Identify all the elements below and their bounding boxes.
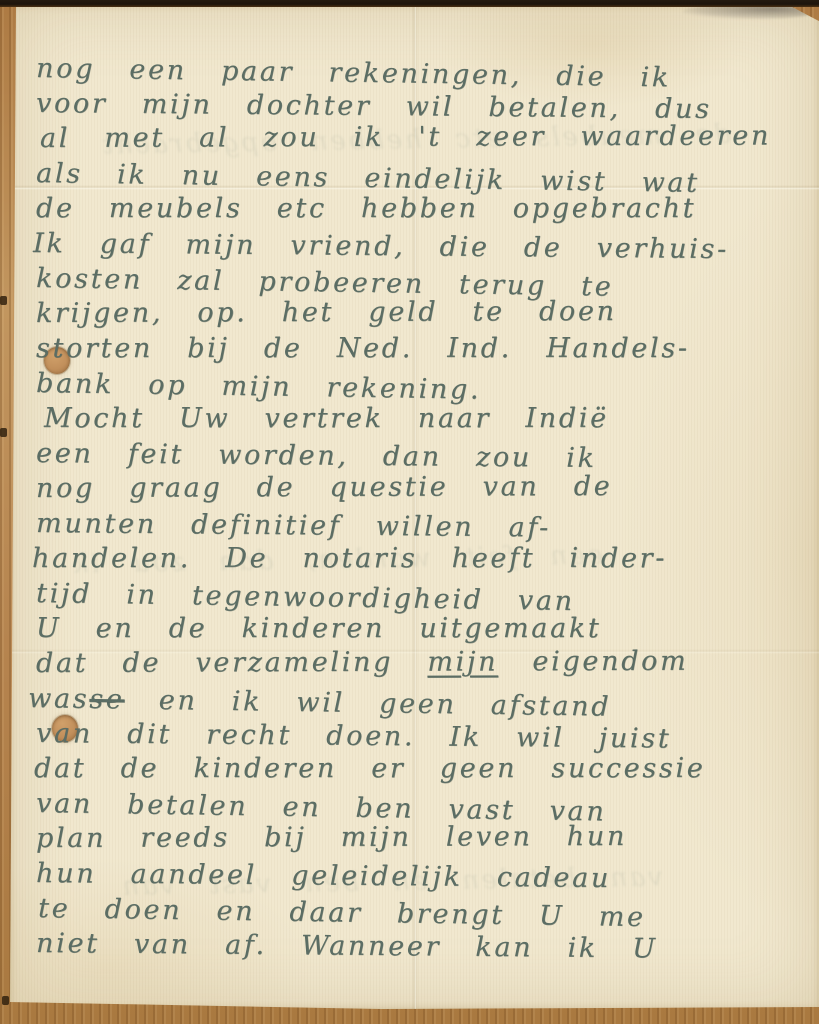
handwriting-line: van dit recht doen. Ik wil juist [36, 716, 813, 758]
handwriting-line: niet van af. Wanneer kan ik U [36, 926, 813, 968]
binding-mark [0, 428, 7, 437]
handwriting-line: Ik gaf mijn vriend, die de verhuis- [33, 226, 813, 268]
struck-out-word: se [89, 684, 125, 716]
line-segment: was [28, 683, 90, 715]
letter-text: nog een paar rekeningen, die ik voor mij… [36, 51, 813, 961]
handwriting-line: al met al zou ik 't zeer waardeeren [40, 118, 813, 156]
handwriting-line: dat de verzameling mijn eigendom [36, 643, 813, 681]
underlined-word: mijn [427, 646, 498, 677]
binding-mark [2, 996, 9, 1005]
handwriting-line: munten definitief willen af- [36, 506, 813, 548]
letter-page: de meubels etc hebben opgebracht een fei… [10, 5, 819, 1009]
handwriting-line: krijgen, op. het geld te doen [36, 293, 813, 331]
handwriting-line: storten bij de Ned. Ind. Handels- [36, 331, 813, 366]
line-segment: eigendom [498, 646, 688, 678]
binding-mark [0, 296, 7, 305]
scan-dark-edge [0, 0, 819, 7]
scanned-letter: de meubels etc hebben opgebracht een fei… [0, 0, 819, 1024]
line-segment: dat de verzameling [36, 647, 427, 679]
corner-smudge [683, 5, 813, 19]
handwriting-line: nog graag de questie van de [36, 468, 813, 506]
handwriting-line: hun aandeel geleidelijk cadeau [36, 856, 813, 898]
handwriting-line: plan reeds bij mijn leven hun [36, 818, 813, 856]
